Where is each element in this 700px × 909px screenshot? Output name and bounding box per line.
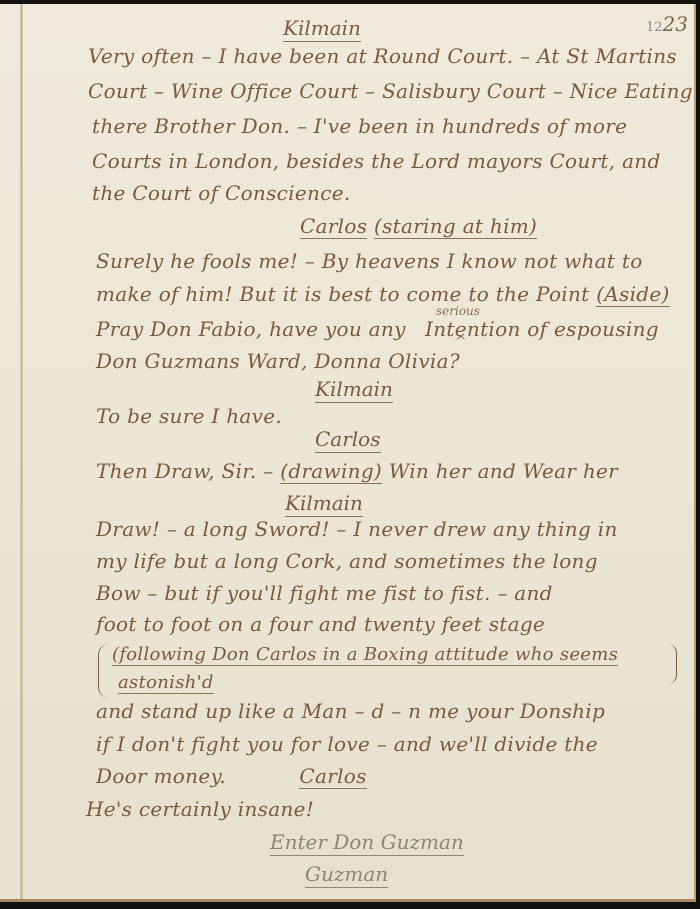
- dialogue-line: make of him! But it is best to come to t…: [96, 282, 670, 306]
- dialogue-line: Courts in London, besides the Lord mayor…: [92, 149, 661, 173]
- speaker-name: Carlos: [299, 764, 366, 789]
- stage-direction-line: (following Don Carlos in a Boxing attitu…: [112, 644, 618, 665]
- dialogue-text: Then Draw, Sir. –: [96, 459, 274, 483]
- dialogue-text: Intention of espousing: [425, 317, 659, 341]
- dialogue-line: my life but a long Cork, and sometimes t…: [96, 549, 598, 573]
- speaker-name: Carlos: [300, 214, 367, 239]
- speaker-heading: Carlos (staring at him): [300, 214, 537, 238]
- direction-bracket-right: [668, 644, 677, 684]
- dialogue-line: there Brother Don. – I've been in hundre…: [92, 114, 627, 138]
- stage-direction: (staring at him): [374, 214, 537, 239]
- dialogue-line: Pray Don Fabio, have you any Intention o…: [96, 317, 659, 341]
- interlinear-insertion: serious: [436, 304, 480, 318]
- dialogue-line: He's certainly insane!: [86, 797, 314, 821]
- dialogue-line: Draw! – a long Sword! – I never drew any…: [96, 517, 618, 541]
- dialogue-line: Surely he fools me! – By heavens I know …: [96, 249, 643, 273]
- direction-bracket-left: [98, 644, 109, 698]
- folio-number: 1223: [646, 12, 688, 36]
- folio-pencil: 12: [646, 20, 663, 35]
- speaker-heading: Carlos: [315, 427, 381, 453]
- dialogue-text: Door money.: [96, 764, 226, 788]
- dialogue-line: if I don't fight you for love – and we'l…: [96, 732, 598, 756]
- stage-direction: (drawing): [280, 459, 382, 484]
- dialogue-line: Very often – I have been at Round Court.…: [88, 44, 677, 68]
- dialogue-line: foot to foot on a four and twenty feet s…: [96, 612, 545, 636]
- dialogue-text: make of him! But it is best to come to t…: [96, 282, 590, 306]
- dialogue-line: Court – Wine Office Court – Salisbury Co…: [88, 79, 693, 103]
- stage-direction-line: astonish'd: [118, 672, 214, 693]
- aside-direction: (Aside): [596, 282, 669, 307]
- stage-direction: astonish'd: [118, 672, 214, 694]
- dialogue-line: the Court of Conscience.: [92, 181, 351, 205]
- dialogue-line: Door money. Carlos: [96, 764, 367, 788]
- dialogue-text: Win her and Wear her: [389, 459, 618, 483]
- dialogue-line: To be sure I have.: [96, 404, 282, 428]
- stage-direction: (following Don Carlos in a Boxing attitu…: [112, 644, 618, 666]
- dialogue-text: Pray Don Fabio, have you any: [96, 317, 406, 341]
- dialogue-line: Then Draw, Sir. – (drawing) Win her and …: [96, 459, 618, 483]
- speaker-heading: Kilmain: [283, 16, 361, 42]
- speaker-heading: Kilmain: [315, 377, 393, 403]
- manuscript-page: 1223 Kilmain Very often – I have been at…: [0, 4, 696, 902]
- speaker-heading: Kilmain: [285, 491, 363, 517]
- binding-gutter: [20, 4, 23, 899]
- stage-entrance: Enter Don Guzman: [270, 830, 464, 856]
- dialogue-line: Don Guzmans Ward, Donna Olivia?: [96, 349, 460, 373]
- speaker-heading: Guzman: [305, 862, 388, 888]
- folio-ink: 23: [663, 12, 688, 36]
- dialogue-line: Bow – but if you'll fight me fist to fis…: [96, 581, 553, 605]
- dialogue-line: and stand up like a Man – d – n me your …: [96, 699, 605, 723]
